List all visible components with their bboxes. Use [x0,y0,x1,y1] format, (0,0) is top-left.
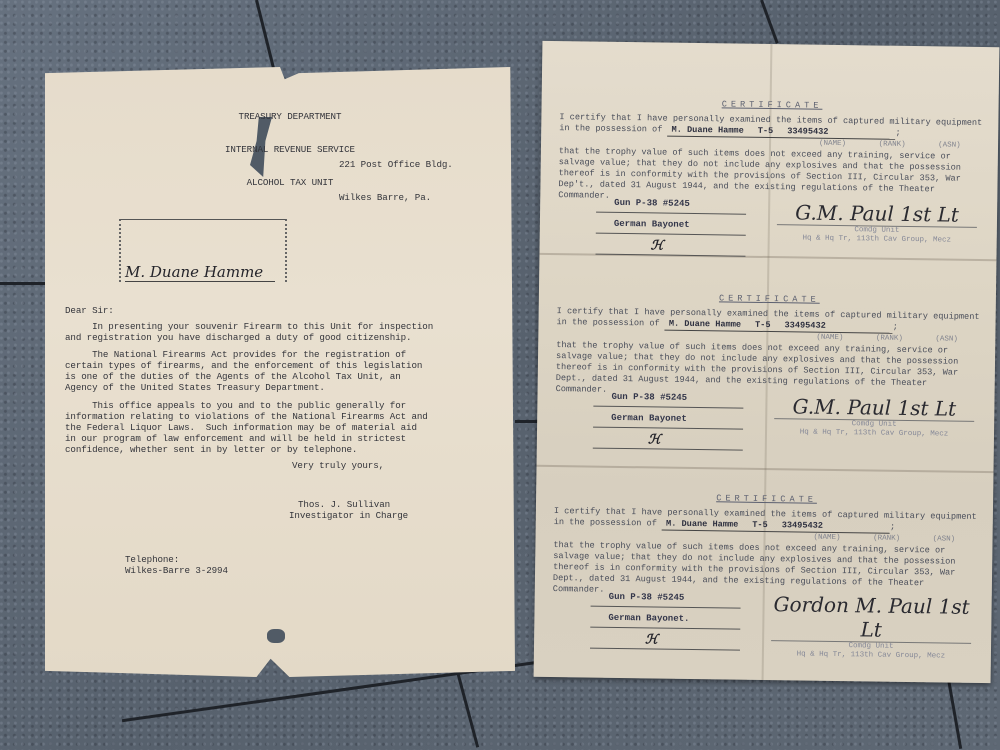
addressee-handwritten: M. Duane Hamme [125,263,275,282]
paver-joint [0,282,48,285]
closing: Very truly yours, [292,460,384,471]
field-label: (RANK) [879,141,906,149]
telephone-value: Wilkes-Barre 3-2994 [125,565,228,576]
signature-block: G.M. Paul 1st Lt Comdg Unit Hq & Hq Tr, … [777,200,978,246]
signature-unit: Hq & Hq Tr, 113th Cav Group, Mecz [774,428,974,440]
paper-tear [267,629,285,643]
letterhead-line: ALCOHOL TAX UNIT [225,177,355,188]
certificate-title: CERTIFICATE [560,97,985,114]
salutation: Dear Sir: [65,305,114,316]
possessor-asn: 33495432 [787,126,828,137]
field-label: (ASN) [933,535,956,543]
letter-paragraph: This office appeals to you and to the pu… [65,400,428,455]
certificate: CERTIFICATE I certify that I have person… [553,491,979,601]
field-label: (ASN) [938,141,961,149]
treasury-letter: TREASURY DEPARTMENT INTERNAL REVENUE SER… [45,67,515,677]
possessor-name: M. Duane Hamme [666,519,738,530]
possessor-rank: T-5 [755,320,771,330]
field-label: (ASN) [935,335,958,343]
possessor-name: M. Duane Hamme [669,319,741,330]
certificates-sheet: CERTIFICATE I certify that I have person… [534,41,1000,683]
possessor-asn: 33495432 [784,320,825,331]
field-label: (NAME) [813,534,840,542]
telephone-label: Telephone: [125,554,179,565]
possessor-rank: T-5 [752,520,768,530]
certificate: CERTIFICATE I certify that I have person… [558,97,984,207]
letterhead-line: INTERNAL REVENUE SERVICE [225,144,355,155]
letter-paragraph: The National Firearms Act provides for t… [65,349,422,393]
items-list: Gun P-38 #5245 German Bayonet ℋ [593,392,744,457]
commander-signature: Gordon M. Paul 1st Lt [771,592,972,644]
signature-block: Gordon M. Paul 1st Lt Comdg Unit Hq & Hq… [771,592,972,662]
item-line: German Bayonet [593,413,743,430]
field-label: (NAME) [819,140,846,148]
signature-unit: Hq & Hq Tr, 113th Cav Group, Mecz [777,234,977,246]
field-label: (RANK) [876,335,903,343]
items-list: Gun P-38 #5245 German Bayonet. ℋ [590,592,741,657]
item-line: German Bayonet [596,219,746,236]
possessor-name: M. Duane Hamme [671,125,743,136]
letterhead-line: TREASURY DEPARTMENT [225,111,355,122]
items-list: Gun P-38 #5245 German Bayonet ℋ [595,198,746,263]
certificate-title: CERTIFICATE [557,291,982,308]
commander-signature: G.M. Paul 1st Lt [777,200,977,228]
signer-name: Thos. J. Sullivan [298,499,390,510]
initials-line: ℋ [593,434,743,451]
certificate: CERTIFICATE I certify that I have person… [556,291,982,401]
item-line: Gun P-38 #5245 [596,198,746,215]
item-line: Gun P-38 #5245 [593,392,743,409]
signature-unit: Hq & Hq Tr, 113th Cav Group, Mecz [771,650,971,662]
initials-line: ℋ [590,634,740,651]
signature-block: G.M. Paul 1st Lt Comdg Unit Hq & Hq Tr, … [774,394,975,440]
field-label: (RANK) [873,535,900,543]
item-line: German Bayonet. [590,613,740,630]
field-label: (NAME) [816,334,843,342]
possessor-rank: T-5 [758,126,774,136]
initials-line: ℋ [595,240,745,257]
sender-address-line: Wilkes Barre, Pa. [339,192,453,203]
letter-paragraph: In presenting your souvenir Firearm to t… [65,321,433,343]
certificate-title: CERTIFICATE [554,491,979,508]
item-line: Gun P-38 #5245 [591,592,741,609]
signer-title: Investigator in Charge [289,510,408,521]
possessor-asn: 33495432 [782,520,823,531]
commander-signature: G.M. Paul 1st Lt [774,394,974,422]
sender-address-line: 221 Post Office Bldg. [339,159,453,170]
